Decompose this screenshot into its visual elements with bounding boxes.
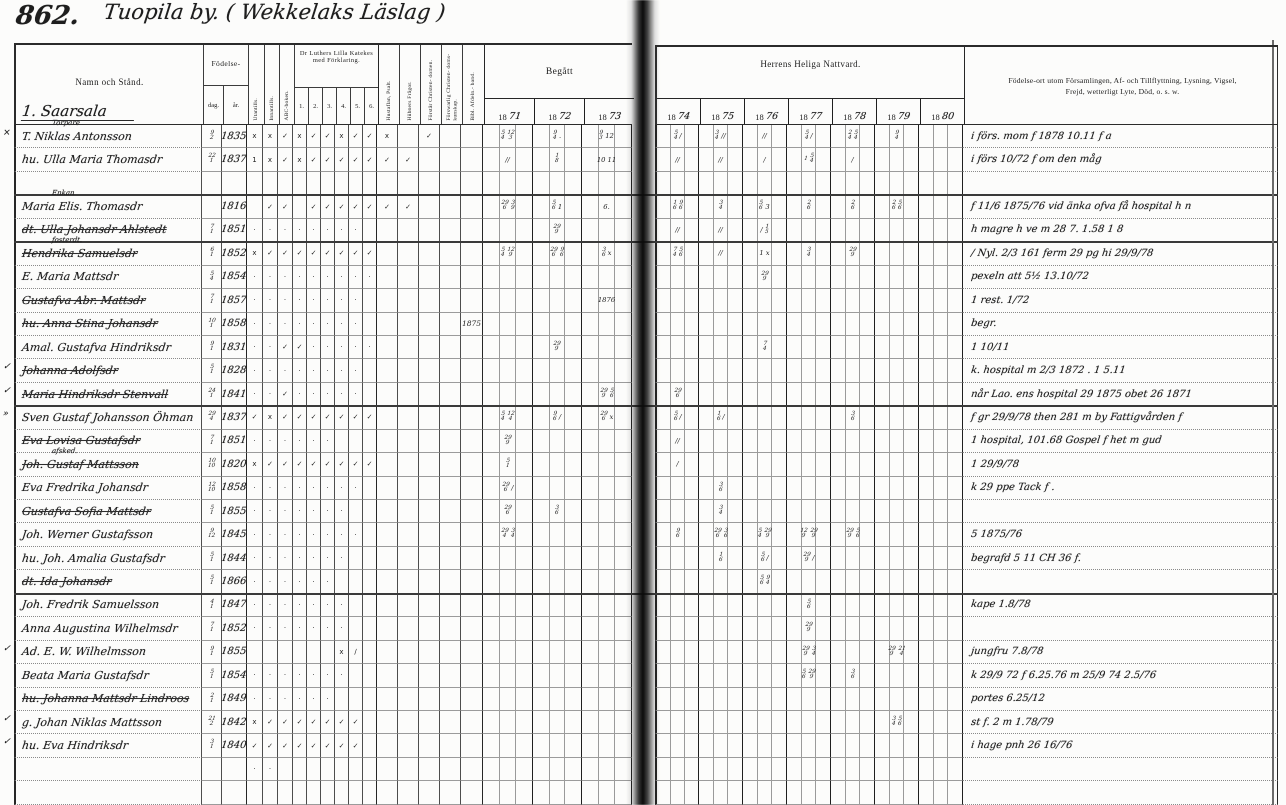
nattvard-header: Herrens Heliga Nattvard. 187418751876187… — [657, 47, 965, 124]
skill-mark-cell: · — [247, 266, 263, 289]
nattvard-year-cell — [743, 758, 787, 781]
notes-cell: begrafd 5 11 CH 36 f. — [963, 547, 1278, 570]
nattvard-year-cell — [919, 523, 963, 546]
catechism-mark-cell: · — [349, 313, 363, 336]
skill-mark-cell — [419, 359, 440, 382]
nattvard-year-cell — [831, 688, 875, 711]
nattvard-year-cell — [787, 289, 831, 312]
catechism-mark-cell: · — [335, 523, 349, 546]
skill-mark-cell — [398, 289, 419, 312]
catechism-mark-cell: · — [307, 383, 321, 406]
catechism-mark-cell: · — [307, 477, 321, 500]
nattvard-year-cell — [831, 641, 875, 664]
nattvard-year-cell — [787, 688, 831, 711]
skill-mark-cell: · — [263, 383, 278, 406]
annotation-above-name: fosterdt. — [52, 236, 83, 244]
note-text: 1 10/11 — [970, 342, 1010, 353]
catechism-mark-cell: · — [321, 570, 335, 593]
notes-cell: 1 10/11 — [963, 336, 1278, 359]
nattvard-year-cell — [875, 313, 919, 336]
nattvard-year-cell: 299 — [831, 242, 875, 265]
nattvard-year-cell — [655, 266, 699, 289]
year-printed: 18 — [711, 112, 720, 122]
birth-label: Födelse- — [204, 59, 248, 68]
nattvard-year-cell — [699, 430, 743, 453]
catechism-mark-cell: ✓ — [349, 242, 363, 265]
skill-mark-cell — [278, 781, 293, 804]
skill-mark-cell — [377, 641, 398, 664]
skill-mark-cell — [419, 477, 440, 500]
name-cell: ✓ Johanna Adolfsdr — [14, 359, 202, 382]
begatt-year-cell: 96∕ — [533, 406, 582, 429]
catechism-mark-cell: ✓ — [349, 125, 363, 148]
nattvard-year-cell — [699, 781, 743, 804]
birth-year-value: 1851 — [221, 224, 248, 235]
skill-mark-cell — [419, 172, 440, 195]
birth-year-value: 1855 — [221, 646, 248, 657]
nattvard-year-cell — [655, 289, 699, 312]
name-column-header: Namn och Stånd. 1. Saarsala — [16, 45, 204, 124]
skill-mark-cell — [398, 594, 419, 617]
skill-mark-cell — [419, 313, 440, 336]
birth-year-value: 1816 — [221, 201, 248, 212]
nattvard-year-cell — [919, 781, 963, 804]
year-script: 80 — [941, 111, 954, 122]
begatt-year-cell — [582, 781, 632, 804]
skill2-column-header: Hübners Frågor. — [400, 45, 421, 124]
begatt-year-cell: 9312 — [582, 125, 632, 148]
begatt-year-cell — [582, 594, 632, 617]
begatt-year-cell — [582, 172, 632, 195]
catechism-mark-cell: · — [293, 664, 307, 687]
person-name: Amal. Gustafva Hindriksdr — [21, 341, 172, 354]
begatt-year-cell — [533, 781, 582, 804]
begatt-year-cell: 54129 — [483, 242, 533, 265]
nattvard-year-cell — [875, 242, 919, 265]
read1-column-header: Utantills. — [249, 45, 265, 124]
year-column-header: 1879 — [877, 99, 921, 124]
nattvard-year-cell — [743, 688, 787, 711]
begatt-year-cell — [483, 734, 533, 757]
skill-mark-cell — [419, 641, 440, 664]
catechism-mark-cell: ✓ — [293, 734, 307, 757]
nattvard-year-cell — [787, 406, 831, 429]
catechism-mark-cell — [363, 500, 377, 523]
birth-year-cell: 1854 — [222, 266, 247, 289]
birth-year-cell: 1835 — [222, 125, 247, 148]
nattvard-year-cell: ∕∕ — [655, 219, 699, 242]
nattvard-year-cell — [655, 477, 699, 500]
notes-cell — [963, 781, 1278, 804]
nattvard-year-cell — [919, 617, 963, 640]
person-name: Maria Elis. Thomasdr — [21, 200, 143, 213]
nattvard-year-cell — [831, 219, 875, 242]
year-column-header: 1872 — [535, 99, 585, 124]
nattvard-year-cell — [919, 500, 963, 523]
skill-mark-cell — [440, 617, 461, 640]
catechism-mark-cell: · — [307, 219, 321, 242]
nattvard-year-cell — [699, 172, 743, 195]
nattvard-year-cell: 29636 — [699, 523, 743, 546]
nattvard-year-cell — [743, 477, 787, 500]
nattvard-year-cell — [875, 664, 919, 687]
catechism-mark-cell: · — [307, 688, 321, 711]
skill-mark-cell — [247, 195, 263, 218]
nattvard-year-cell — [919, 547, 963, 570]
nattvard-year-cell — [919, 758, 963, 781]
begatt-header: Begått 187118721873 — [485, 45, 634, 124]
catechism-mark-cell: ✓ — [335, 711, 349, 734]
note-text: begr. — [970, 318, 997, 329]
nattvard-year-cell — [919, 570, 963, 593]
note-text: f 11/6 1875/76 vid änka ofva få hospital… — [970, 201, 1192, 212]
birth-day-cell: 241 — [202, 383, 222, 406]
note-text: k 29 ppe Tack f . — [970, 482, 1055, 493]
read2-column-header: Innantills. — [265, 45, 280, 124]
nattvard-year-cell — [919, 734, 963, 757]
notes-cell: pexeln att 5½ 13.10/72 — [963, 266, 1278, 289]
person-name: dt. Ida Johansdr — [21, 575, 112, 588]
skill-mark-cell — [461, 219, 483, 242]
birth-day-cell: 71 — [202, 289, 222, 312]
nattvard-year-cell: 34 — [787, 242, 831, 265]
skill-mark-cell: · — [247, 313, 263, 336]
nattvard-year-cell: 29956 — [831, 523, 875, 546]
catechism-mark-cell — [363, 617, 377, 640]
nattvard-year-cell — [743, 617, 787, 640]
margin-mark: ✓ — [2, 386, 11, 396]
catechism-number: 3. — [323, 88, 337, 124]
catechism-mark-cell: ✓ — [321, 242, 335, 265]
begatt-year-cell: 299 — [533, 336, 582, 359]
skill-mark-cell — [263, 641, 278, 664]
nattvard-year-cell: 54299 — [743, 523, 787, 546]
skill-mark-cell — [263, 781, 278, 804]
catechism-mark-cell — [307, 641, 321, 664]
catechism-mark-cell — [363, 219, 377, 242]
nattvard-year-cell — [831, 359, 875, 382]
year-script: 74 — [677, 111, 690, 122]
skill-mark-cell: · — [247, 359, 263, 382]
catechism-mark-cell: x — [293, 148, 307, 171]
skill-mark-cell — [377, 594, 398, 617]
birth-year-value: 1831 — [221, 342, 248, 353]
catechism-number: 4. — [337, 88, 351, 124]
begatt-year-cell — [533, 641, 582, 664]
skill-mark-cell: · — [247, 289, 263, 312]
skill-mark-cell — [377, 688, 398, 711]
skill-mark-cell — [419, 242, 440, 265]
skill-mark-cell: ✓ — [247, 406, 263, 429]
year-script: 76 — [765, 111, 778, 122]
notes-header-line1: Födelse-ort utom Församlingen, Af- och T… — [975, 76, 1270, 85]
annotation-above-name: Enkan — [52, 189, 76, 197]
catechism-mark-cell: · — [307, 594, 321, 617]
nattvard-year-cell — [743, 594, 787, 617]
skill-mark-cell — [461, 477, 483, 500]
nattvard-year-cell — [743, 641, 787, 664]
skill-mark-cell: · — [247, 477, 263, 500]
skill-mark-cell — [377, 172, 398, 195]
nattvard-year-cell — [831, 617, 875, 640]
skill-mark-cell — [461, 570, 483, 593]
nattvard-year-cell — [699, 266, 743, 289]
name-cell — [14, 758, 202, 781]
skill-mark-cell — [398, 125, 419, 148]
note-text: k. hospital m 2/3 1872 . 1 5.11 — [970, 365, 1126, 376]
catechism-mark-cell: · — [335, 289, 349, 312]
nattvard-label: Herrens Heliga Nattvard. — [657, 59, 964, 69]
skill-mark-cell — [419, 711, 440, 734]
birth-day-cell: 51 — [202, 570, 222, 593]
catechism-mark-cell — [363, 594, 377, 617]
catechism-mark-cell: · — [349, 266, 363, 289]
year-column-header: 1874 — [657, 99, 701, 124]
skill-mark-cell — [247, 172, 263, 195]
nattvard-year-cell — [655, 500, 699, 523]
skill-mark-cell — [419, 688, 440, 711]
skill-mark-cell — [377, 711, 398, 734]
notes-cell: st f. 2 m 1.78/79 — [963, 711, 1278, 734]
skill-mark-cell — [440, 172, 461, 195]
person-name: Joh. Fredrik Samuelsson — [21, 598, 160, 611]
birth-year-cell: 1851 — [222, 219, 247, 242]
skill-mark-cell — [440, 453, 461, 476]
skill-mark-cell — [419, 664, 440, 687]
margin-mark: ✓ — [2, 714, 11, 724]
name-cell: Eva Lovisa Gustafsdr — [14, 430, 202, 453]
begatt-year-cell — [582, 453, 632, 476]
birth-year-cell: 1841 — [222, 383, 247, 406]
nattvard-year-cell — [787, 359, 831, 382]
skill-mark-cell — [440, 523, 461, 546]
skill-mark-cell: x — [247, 242, 263, 265]
birth-year-value: 1845 — [221, 529, 248, 540]
nattvard-year-cell — [655, 570, 699, 593]
birth-day-cell: 294 — [202, 406, 222, 429]
begatt-year-cell — [533, 523, 582, 546]
nattvard-year-cell: ∕∕ — [655, 430, 699, 453]
begatt-year-cell — [582, 711, 632, 734]
skill-mark-cell — [278, 641, 293, 664]
catechism-mark-cell — [335, 781, 349, 804]
begatt-year-cell — [483, 688, 533, 711]
nattvard-year-cell — [655, 336, 699, 359]
skill-mark-cell — [419, 383, 440, 406]
birth-year-value: 1837 — [221, 154, 248, 165]
birth-day-cell: 71 — [202, 617, 222, 640]
note-text: pexeln att 5½ 13.10/72 — [970, 271, 1089, 282]
birth-year-value: 1852 — [221, 623, 248, 634]
nattvard-year-cell — [831, 289, 875, 312]
nattvard-year-cell — [655, 313, 699, 336]
nattvard-year-cell — [699, 383, 743, 406]
birth-year-cell: 1852 — [222, 617, 247, 640]
begatt-year-cell — [483, 594, 533, 617]
nattvard-year-cell: ∕∕ — [655, 148, 699, 171]
person-name: hu. Eva Hindriksdr — [21, 739, 129, 752]
nattvard-year-cell — [699, 641, 743, 664]
skill-mark-cell: · — [263, 313, 278, 336]
nattvard-year-cell — [699, 688, 743, 711]
skill-mark-cell — [398, 359, 419, 382]
begatt-year-cell — [483, 266, 533, 289]
nattvard-year-cell — [875, 219, 919, 242]
nattvard-year-cell — [787, 453, 831, 476]
skill-mark-cell — [461, 594, 483, 617]
catechism-mark-cell — [363, 430, 377, 453]
begatt-year-cell — [483, 289, 533, 312]
nattvard-year-cell: 56∕ — [655, 406, 699, 429]
nattvard-year-cell — [919, 406, 963, 429]
skill-mark-cell — [461, 336, 483, 359]
catechism-mark-cell: ✓ — [349, 148, 363, 171]
page-title-script: Tuopila by. ( Wekkelaks Läslag ) — [103, 0, 447, 24]
nattvard-year-cell: 94 — [875, 125, 919, 148]
skill-mark-cell — [440, 125, 461, 148]
nattvard-years-row: 1874187518761877187818791880 — [657, 98, 964, 124]
skill-mark-cell — [440, 148, 461, 171]
nattvard-year-cell — [875, 547, 919, 570]
nattvard-year-cell — [655, 547, 699, 570]
begatt-year-cell: 29956 — [582, 383, 632, 406]
skill-mark-cell: ✓ — [398, 195, 419, 218]
skill-mark-cell: · — [263, 477, 278, 500]
skill-mark-cell: · — [263, 359, 278, 382]
nattvard-year-cell: 3456 — [875, 711, 919, 734]
catechism-mark-cell — [335, 430, 349, 453]
begatt-year-cell: 299 — [533, 219, 582, 242]
nattvard-year-cell: 154 — [787, 148, 831, 171]
skill-mark-cell — [440, 242, 461, 265]
name-cell — [14, 172, 202, 195]
nattvard-year-cell — [875, 688, 919, 711]
nattvard-year-cell: 36 — [699, 477, 743, 500]
skill-mark-cell — [377, 289, 398, 312]
birth-year-value: 1820 — [221, 459, 248, 470]
nattvard-year-cell — [831, 477, 875, 500]
skill-mark-cell: · — [263, 523, 278, 546]
note-text: k 29/9 72 f 6.25.76 m 25/9 74 2.5/76 — [970, 670, 1157, 681]
birth-year-value: 1855 — [221, 506, 248, 517]
nattvard-year-cell — [743, 664, 787, 687]
skill-mark-cell: · — [263, 688, 278, 711]
skill-mark-cell — [419, 406, 440, 429]
begatt-year-cell — [582, 688, 632, 711]
begatt-year-cell — [533, 594, 582, 617]
begatt-year-cell — [533, 430, 582, 453]
catechism-mark-cell: · — [321, 688, 335, 711]
person-name: Joh. Gustaf Mattsson — [21, 458, 139, 471]
begatt-year-cell — [533, 617, 582, 640]
nattvard-year-cell — [699, 664, 743, 687]
catechism-mark-cell: · — [293, 570, 307, 593]
catechism-mark-cell: · — [307, 336, 321, 359]
catechism-mark-cell: ✓ — [363, 195, 377, 218]
nattvard-year-cell — [831, 500, 875, 523]
begatt-year-cell — [483, 359, 533, 382]
skill-mark-cell — [440, 289, 461, 312]
person-name: E. Maria Mattsdr — [21, 270, 119, 283]
nattvard-year-cell: ∕∕ — [699, 148, 743, 171]
skill-mark-cell: x — [247, 453, 263, 476]
nattvard-year-cell — [787, 570, 831, 593]
notes-cell: i förs 10/72 f om den måg — [963, 148, 1278, 171]
catechism-mark-cell: · — [321, 477, 335, 500]
skill-mark-cell — [440, 594, 461, 617]
skill-mark-cell — [419, 523, 440, 546]
catechism-mark-cell: · — [307, 500, 321, 523]
birth-year-cell — [222, 781, 247, 804]
skill-mark-cell — [419, 453, 440, 476]
skill-mark-cell — [398, 641, 419, 664]
begatt-year-cell: 29639 — [483, 195, 533, 218]
nattvard-year-cell — [919, 594, 963, 617]
birth-year-cell: 1840 — [222, 734, 247, 757]
begatt-year-cell — [582, 500, 632, 523]
skill-mark-cell — [377, 430, 398, 453]
skill-mark-cell — [247, 641, 263, 664]
name-cell: × Torpare T. Niklas Antonsson — [14, 125, 202, 148]
nattvard-year-cell — [831, 172, 875, 195]
nattvard-year-cell — [875, 383, 919, 406]
birth-year-cell: 1866 — [222, 570, 247, 593]
begatt-year-cell: 561 — [533, 195, 582, 218]
nattvard-year-cell: 299∕ — [787, 547, 831, 570]
skill-mark-cell — [461, 617, 483, 640]
nattvard-year-cell — [919, 172, 963, 195]
catechism-mark-cell — [349, 500, 363, 523]
begatt-year-cell: 36x — [582, 242, 632, 265]
year-script: 79 — [897, 111, 910, 122]
notes-cell: i förs. mom f 1878 10.11 f a — [963, 125, 1278, 148]
catechism-mark-cell: ✓ — [363, 148, 377, 171]
catechism-mark-cell: ✓ — [335, 195, 349, 218]
note-text: 1 29/9/78 — [970, 459, 1019, 470]
margin-mark: ✓ — [2, 362, 11, 372]
catechism-mark-cell — [363, 734, 377, 757]
skill-mark-cell — [419, 734, 440, 757]
nattvard-year-cell — [919, 383, 963, 406]
year-script: 73 — [608, 111, 621, 122]
skill-mark-cell — [461, 500, 483, 523]
begatt-year-cell — [533, 734, 582, 757]
catechism-mark-cell: x — [335, 641, 349, 664]
nattvard-year-cell — [655, 172, 699, 195]
begatt-year-cell — [582, 359, 632, 382]
nattvard-year-cell — [787, 734, 831, 757]
year-script: 71 — [508, 111, 521, 122]
nattvard-year-cell — [831, 781, 875, 804]
nattvard-year-cell — [831, 594, 875, 617]
skill4-column-header: Förswarlig Christen- doms-kunskap. — [442, 45, 463, 124]
skill-mark-cell: ✓ — [278, 125, 293, 148]
nattvard-year-cell: ∕ — [831, 148, 875, 171]
skill-mark-cell — [377, 313, 398, 336]
catechism-mark-cell: · — [293, 266, 307, 289]
skill-mark-cell: · — [278, 594, 293, 617]
notes-cell: 5 1875/76 — [963, 523, 1278, 546]
begatt-year-cell — [483, 758, 533, 781]
begatt-year-cell: ∕∕ — [483, 148, 533, 171]
begatt-year-cell — [483, 781, 533, 804]
skill-mark-cell: · — [278, 664, 293, 687]
nattvard-year-cell — [787, 172, 831, 195]
catechism-mark-cell: ✓ — [321, 195, 335, 218]
nattvard-year-cell: 54∕ — [655, 125, 699, 148]
note-text: i förs 10/72 f om den måg — [970, 154, 1102, 165]
skill-mark-cell: ✓ — [263, 711, 278, 734]
